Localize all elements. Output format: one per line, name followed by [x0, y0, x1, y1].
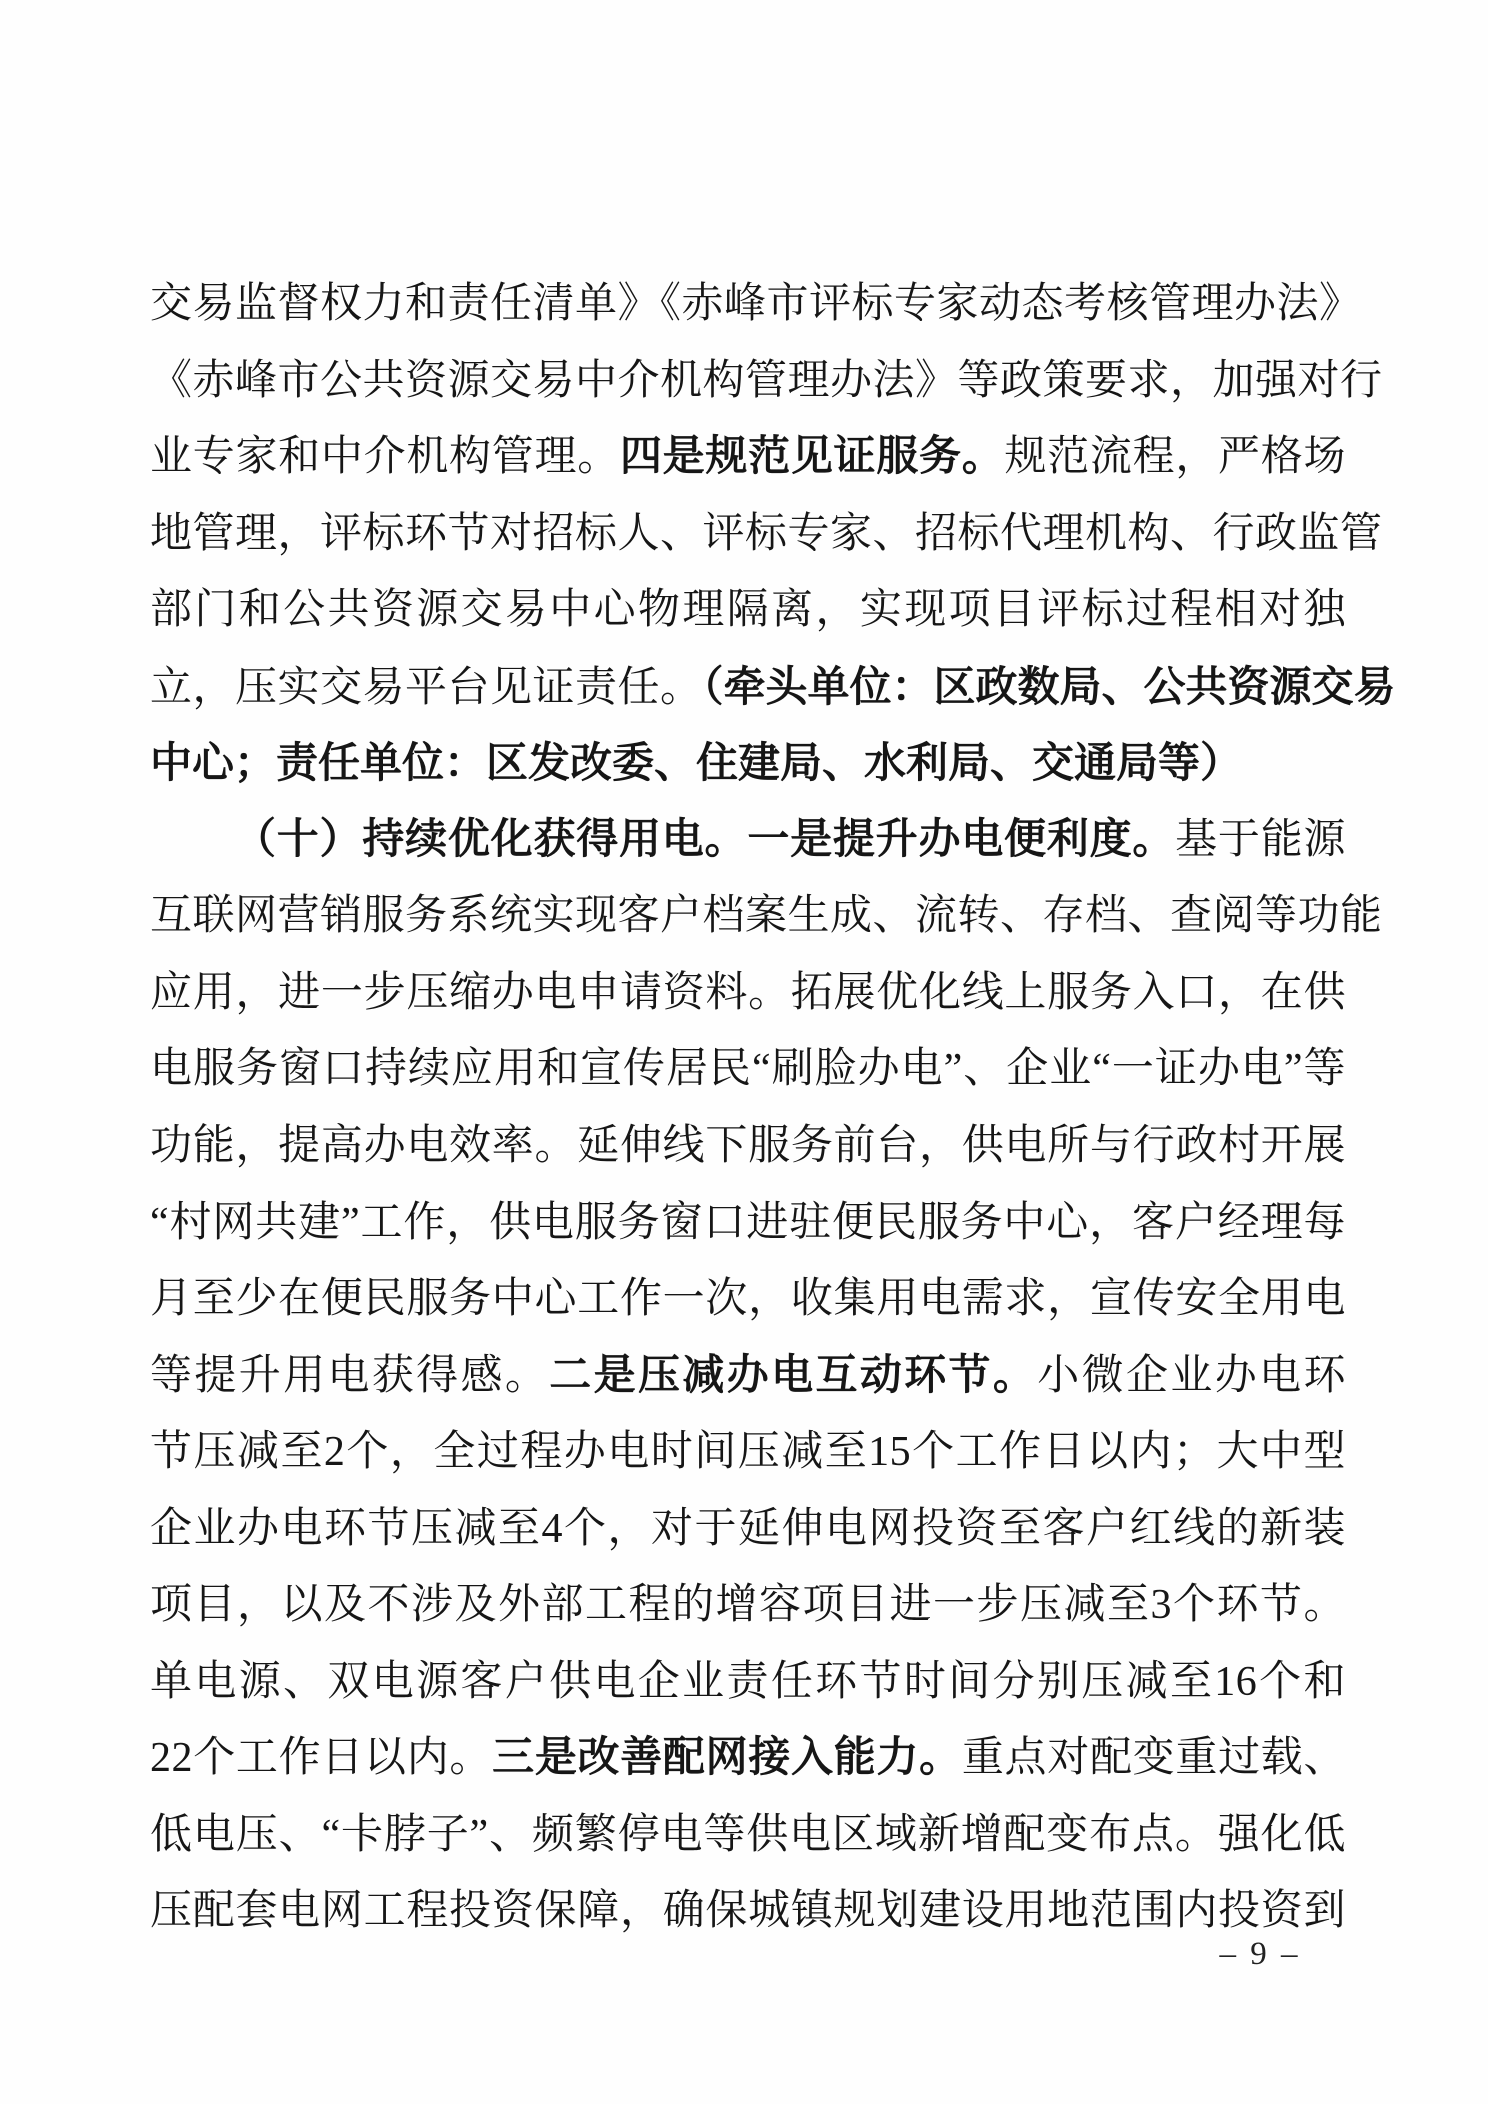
text-line-22: 压配套电网工程投资保障，确保城镇规划建设用地范围内投资到 [150, 1873, 1346, 1950]
text-segment: 项目，以及不涉及外部工程的增容项目进一步压减至3个环节。 [150, 1582, 1346, 1628]
text-segment: 规范流程，严格场 [1004, 434, 1346, 480]
text-line-20: 22个工作日以内。三是改善配网接入能力。重点对配变重过载、 [150, 1720, 1346, 1797]
text-segment: 业专家和中介机构管理。 [150, 434, 620, 480]
text-segment: 应用，进一步压缩办电申请资料。拓展优化线上服务入口，在供 [150, 970, 1346, 1016]
text-segment: 电服务窗口持续应用和宣传居民“刷脸办电”、企业“一证办电”等 [150, 1046, 1346, 1092]
text-segment: 月至少在便民服务中心工作一次，收集用电需求，宣传安全用电 [150, 1276, 1346, 1322]
text-segment: 22个工作日以内。 [150, 1735, 492, 1781]
text-line-12: 功能，提高办电效率。延伸线下服务前台，供电所与行政村开展 [150, 1108, 1346, 1185]
text-line-3: 业专家和中介机构管理。四是规范见证服务。规范流程，严格场 [150, 419, 1346, 496]
text-segment: 单电源、双电源客户供电企业责任环节时间分别压减至16个和 [150, 1659, 1346, 1705]
emphasis-segment: （十）持续优化获得用电。 [234, 817, 747, 863]
text-segment: 等提升用电获得感。 [150, 1353, 549, 1399]
text-line-10: 应用，进一步压缩办电申请资料。拓展优化线上服务入口，在供 [150, 955, 1346, 1032]
text-segment: 互联网营销服务系统实现客户档案生成、流转、存档、查阅等功能 [150, 893, 1383, 939]
text-segment: 基于能源 [1175, 817, 1346, 863]
emphasis-segment: 一是提升办电便利度。 [747, 817, 1175, 863]
text-line-5: 部门和公共资源交易中心物理隔离，实现项目评标过程相对独 [150, 572, 1346, 649]
emphasis-segment: 二是压减办电互动环节。 [549, 1353, 1037, 1399]
text-line-9: 互联网营销服务系统实现客户档案生成、流转、存档、查阅等功能 [150, 878, 1346, 955]
emphasis-segment: 中心；责任单位：区发改委、住建局、水利局、交通局等） [150, 739, 1242, 786]
document-page: 交易监督权力和责任清单》《赤峰市评标专家动态考核管理办法》《赤峰市公共资源交易中… [0, 0, 1488, 2104]
text-segment: 小微企业办电环 [1037, 1353, 1346, 1399]
text-line-17: 企业办电环节压减至4个，对于延伸电网投资至客户红线的新装 [150, 1491, 1346, 1568]
text-segment: 企业办电环节压减至4个，对于延伸电网投资至客户红线的新装 [150, 1506, 1346, 1552]
text-segment: 节压减至2个，全过程办电时间压减至15个工作日以内；大中型 [150, 1429, 1346, 1475]
text-segment: 重点对配变重过载、 [962, 1735, 1346, 1781]
text-line-11: 电服务窗口持续应用和宣传居民“刷脸办电”、企业“一证办电”等 [150, 1031, 1346, 1108]
document-body: 交易监督权力和责任清单》《赤峰市评标专家动态考核管理办法》《赤峰市公共资源交易中… [150, 266, 1346, 1950]
text-segment: 立，压实交易平台见证责任。 [150, 665, 703, 711]
text-segment: 压配套电网工程投资保障，确保城镇规划建设用地范围内投资到 [150, 1888, 1346, 1934]
emphasis-segment: （牵头单位：区政数局、公共资源交易 [703, 663, 1396, 710]
page-number: – 9 – [1200, 1936, 1320, 1973]
text-segment: 功能，提高办电效率。延伸线下服务前台，供电所与行政村开展 [150, 1123, 1346, 1169]
text-segment: 低电压、“卡脖子”、频繁停电等供电区域新增配变布点。强化低 [150, 1812, 1346, 1858]
text-line-4: 地管理，评标环节对招标人、评标专家、招标代理机构、行政监管 [150, 496, 1346, 573]
text-line-16: 节压减至2个，全过程办电时间压减至15个工作日以内；大中型 [150, 1414, 1346, 1491]
text-line-18: 项目，以及不涉及外部工程的增容项目进一步压减至3个环节。 [150, 1567, 1346, 1644]
text-segment: 部门和公共资源交易中心物理隔离，实现项目评标过程相对独 [150, 587, 1346, 633]
text-line-2: 《赤峰市公共资源交易中介机构管理办法》等政策要求，加强对行 [150, 343, 1346, 420]
text-line-13: “村网共建”工作，供电服务窗口进驻便民服务中心，客户经理每 [150, 1185, 1346, 1262]
text-segment: 地管理，评标环节对招标人、评标专家、招标代理机构、行政监管 [150, 511, 1383, 557]
text-line-8: （十）持续优化获得用电。一是提升办电便利度。基于能源 [150, 802, 1346, 879]
text-line-6: 立，压实交易平台见证责任。（牵头单位：区政数局、公共资源交易 [150, 649, 1346, 726]
emphasis-segment: 三是改善配网接入能力。 [492, 1735, 962, 1781]
text-segment: “村网共建”工作，供电服务窗口进驻便民服务中心，客户经理每 [150, 1200, 1346, 1246]
text-segment: 《赤峰市公共资源交易中介机构管理办法》等政策要求，加强对行 [150, 358, 1383, 404]
text-segment: 交易监督权力和责任清单》《赤峰市评标专家动态考核管理办法》 [150, 281, 1362, 327]
text-line-7: 中心；责任单位：区发改委、住建局、水利局、交通局等） [150, 725, 1346, 802]
text-line-1: 交易监督权力和责任清单》《赤峰市评标专家动态考核管理办法》 [150, 266, 1346, 343]
text-line-19: 单电源、双电源客户供电企业责任环节时间分别压减至16个和 [150, 1644, 1346, 1721]
text-line-15: 等提升用电获得感。二是压减办电互动环节。小微企业办电环 [150, 1338, 1346, 1415]
emphasis-segment: 四是规范见证服务。 [620, 434, 1005, 480]
text-line-21: 低电压、“卡脖子”、频繁停电等供电区域新增配变布点。强化低 [150, 1797, 1346, 1874]
text-line-14: 月至少在便民服务中心工作一次，收集用电需求，宣传安全用电 [150, 1261, 1346, 1338]
